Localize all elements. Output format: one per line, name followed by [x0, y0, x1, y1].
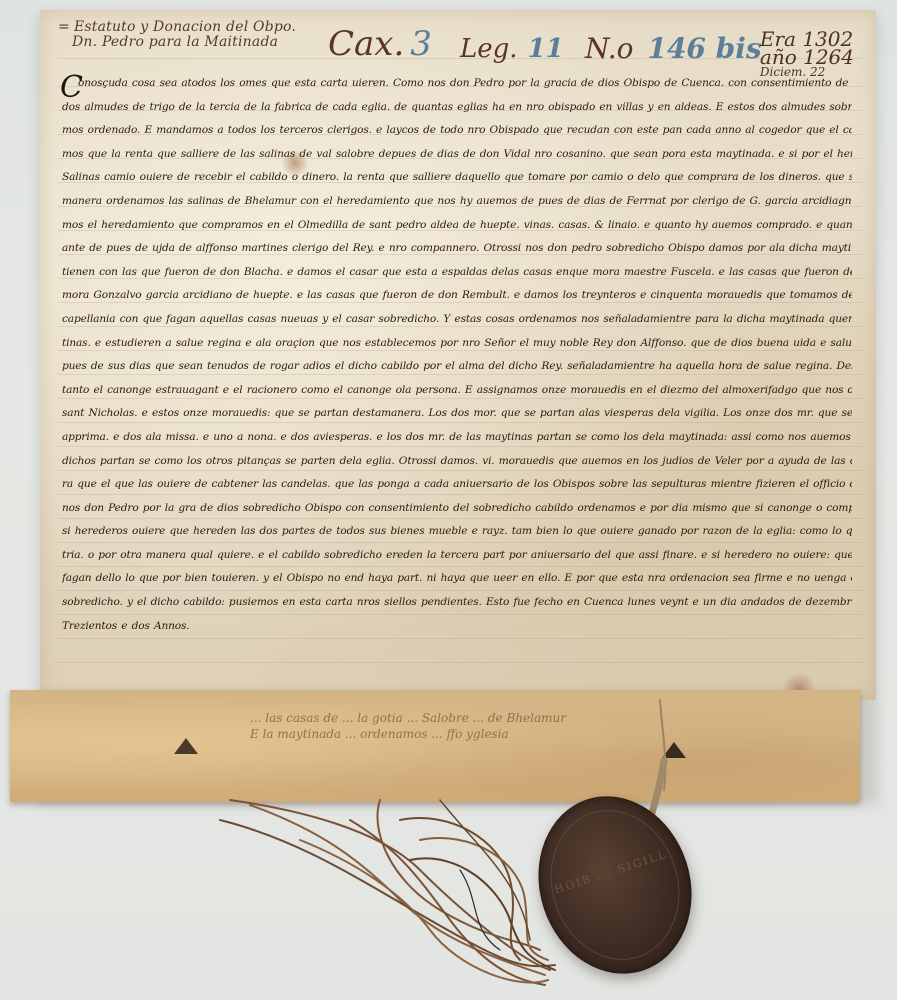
seal-cords-icon — [0, 0, 897, 1000]
